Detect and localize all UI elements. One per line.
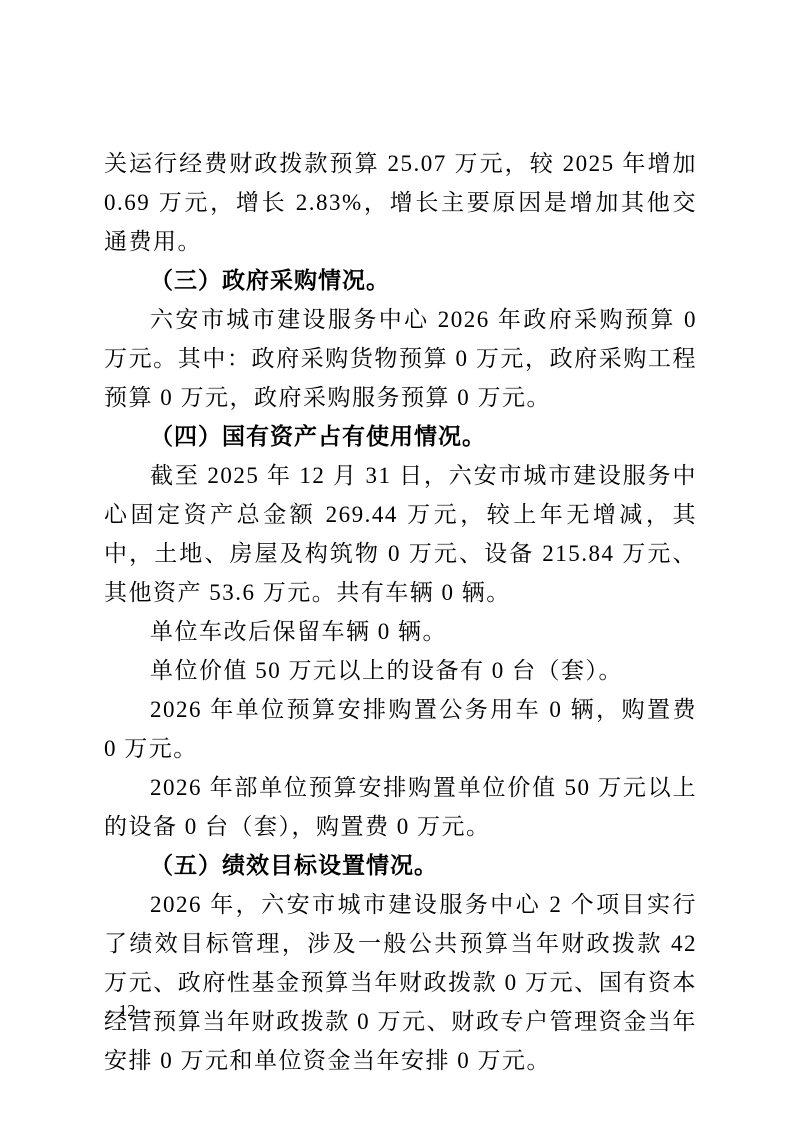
paragraph-retained-vehicles: 单位车改后保留车辆 0 辆。 xyxy=(104,612,697,651)
section-heading-5-performance-targets: （五）绩效目标设置情况。 xyxy=(104,846,697,885)
paragraph-fixed-assets: 截至 2025 年 12 月 31 日，六安市城市建设服务中心固定资产总金额 2… xyxy=(104,456,697,612)
paragraph-agency-operating-funds: 关运行经费财政拨款预算 25.07 万元，较 2025 年增加 0.69 万元，… xyxy=(104,144,697,261)
document-page: 关运行经费财政拨款预算 25.07 万元，较 2025 年增加 0.69 万元，… xyxy=(0,0,793,1122)
paragraph-government-procurement: 六安市城市建设服务中心 2026 年政府采购预算 0 万元。其中：政府采购货物预… xyxy=(104,300,697,417)
paragraph-2026-vehicle-purchase: 2026 年单位预算安排购置公务用车 0 辆，购置费 0 万元。 xyxy=(104,690,697,768)
paragraph-2026-equipment-purchase: 2026 年部单位预算安排购置单位价值 50 万元以上的设备 0 台（套），购置… xyxy=(104,768,697,846)
paragraph-equipment-over-500k: 单位价值 50 万元以上的设备有 0 台（套）。 xyxy=(104,651,697,690)
paragraph-performance-target-management: 2026 年，六安市城市建设服务中心 2 个项目实行了绩效目标管理，涉及一般公共… xyxy=(104,885,697,1080)
section-heading-4-state-owned-assets: （四）国有资产占有使用情况。 xyxy=(104,417,697,456)
document-body: 关运行经费财政拨款预算 25.07 万元，较 2025 年增加 0.69 万元，… xyxy=(104,144,697,1080)
section-heading-3-government-procurement: （三）政府采购情况。 xyxy=(104,261,697,300)
page-number: – 12 – xyxy=(106,1000,149,1022)
